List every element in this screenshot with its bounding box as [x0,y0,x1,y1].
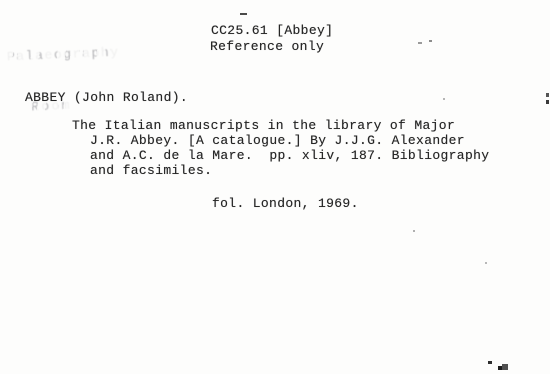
scan-artifact [485,262,487,264]
body-line: and A.C. de la Mare. pp. xliv, 187. Bibl… [90,148,489,163]
classmark: CC25.61 [Abbey] [211,23,333,38]
scan-artifact [418,42,422,44]
scan-artifact [546,93,549,97]
body-line: The Italian manuscripts in the library o… [72,118,455,133]
scan-artifact [429,40,432,42]
reference-status: Reference only [210,39,324,54]
scan-artifact [502,364,508,370]
imprint: fol. London, 1969. [212,196,359,211]
entry-heading: ABBEY (John Roland). [25,90,188,105]
scan-artifact [546,100,549,104]
scan-artifact [240,13,247,15]
catalogue-card: Palaeography Room CC25.61 [Abbey] Refere… [0,0,550,374]
body-line: and facsimiles. [90,163,212,178]
library-stamp-line1: Palaeography [7,44,120,66]
scan-artifact [488,361,492,364]
scan-artifact [413,230,415,232]
scan-artifact [443,98,445,100]
body-line: J.R. Abbey. [A catalogue.] By J.J.G. Ale… [90,133,465,148]
